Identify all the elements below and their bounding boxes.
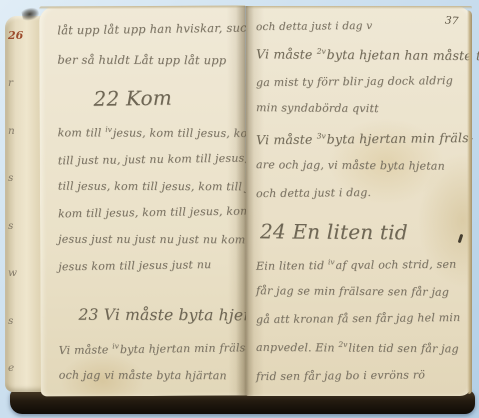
- superscript-mark: 3v: [317, 132, 326, 141]
- edge-letter: n: [8, 125, 24, 137]
- text-segment: får jag se min frälsare sen får jag: [256, 285, 449, 300]
- text-segment: Ein liten tid: [256, 259, 328, 273]
- edge-letter: 26: [8, 30, 24, 42]
- text-segment: och detta just i dag.: [256, 186, 371, 200]
- text-segment: Vi måste: [59, 343, 113, 357]
- text-segment: kom till: [58, 126, 106, 139]
- handwritten-line: min syndabörda qvitt: [256, 95, 468, 123]
- text-segment: jesus kom till jesus just nu: [58, 258, 211, 273]
- handwritten-line: Vi måste 3vbyta hjertan min fräls-: [256, 121, 468, 154]
- handwritten-line: 24 En liten tid: [256, 216, 468, 249]
- notebook-page-right: 37 och detta just i dag vVi måste 2vbyta…: [246, 6, 472, 396]
- handwritten-line: anpvedel. Ein 2vliten tid sen får jag: [256, 332, 468, 364]
- handwritten-line: 23 Vi måste byta hjertan: [58, 302, 244, 328]
- handwritten-line: jesus just nu just nu just nu kom till: [58, 226, 244, 253]
- text-segment: byta hjetan han måste ta-: [327, 47, 479, 63]
- notebook-photo: 26rnsswse låt upp låt upp han hviskar, s…: [0, 0, 479, 418]
- superscript-mark: 2v: [317, 47, 326, 56]
- handwritten-line: jesus kom till jesus just nu: [58, 252, 244, 281]
- handwritten-line: Vi måste ivbyta hjertan min frälsare: [58, 331, 244, 364]
- text-segment: frid sen får jag bo i evröns rö: [256, 368, 425, 383]
- handwritten-line: till jesus, kom till jesus, kom till jes…: [58, 173, 244, 200]
- text-segment: liten tid sen får jag: [348, 342, 458, 356]
- underpage-partial-text: 26rnsswse: [8, 30, 24, 374]
- edge-letter: s: [8, 220, 24, 232]
- left-page-text: låt upp låt upp han hviskar, suckar ochb…: [57, 14, 245, 390]
- text-segment: ga mist ty förr blir jag dock aldrig: [256, 74, 453, 89]
- edge-letter: w: [8, 267, 24, 279]
- text-segment: jesus just nu just nu just nu kom till: [58, 232, 265, 246]
- text-segment: och detta just i dag v: [256, 20, 372, 33]
- superscript-mark: iv: [112, 341, 119, 350]
- handwritten-line: Ein liten tid ivaf qval och strid, sen: [256, 248, 468, 280]
- handwritten-line: och detta just i dag.: [256, 179, 468, 208]
- text-segment: och jag vi måste byta hjärtan: [59, 368, 227, 382]
- edge-letter: e: [8, 362, 24, 374]
- text-segment: jesus, kom till jesus, kom: [113, 126, 258, 140]
- handwritten-line: får jag se min frälsare sen får jag: [256, 279, 468, 307]
- edge-letter: s: [8, 315, 24, 327]
- handwritten-line: 22 Kom: [57, 82, 243, 116]
- handwritten-line: frid sen får jag bo i evröns rö: [256, 362, 468, 391]
- handwritten-line: och jag vi måste byta hjärtan: [59, 362, 245, 389]
- text-segment: min syndabörda qvitt: [256, 101, 379, 115]
- text-segment: byta hjertan min frälsare: [120, 341, 265, 356]
- text-segment: 22 Kom: [93, 86, 172, 111]
- handwritten-line: Vi måste 2vbyta hjetan han måste ta-: [256, 37, 468, 70]
- notebook-page-left: låt upp låt upp han hviskar, suckar ochb…: [39, 6, 247, 397]
- edge-letter: r: [8, 77, 24, 89]
- handwritten-line: are och jag, vi måste byta hjetan: [256, 152, 468, 180]
- text-segment: af qval och strid, sen: [336, 258, 457, 272]
- handwritten-line: till just nu, just nu kom till jesus, ko…: [58, 146, 244, 175]
- superscript-mark: 2v: [338, 340, 347, 349]
- handwritten-line: kom till ivjesus, kom till jesus, kom: [58, 117, 244, 148]
- superscript-mark: iv: [328, 258, 335, 267]
- superscript-mark: iv: [105, 125, 112, 134]
- text-segment: till just nu, just nu kom till jesus, ko…: [58, 151, 276, 167]
- text-segment: anpvedel. Ein: [256, 341, 339, 355]
- handwritten-line: kom till jesus, kom till jesus, kom till: [58, 199, 244, 228]
- edge-letter: s: [8, 172, 24, 184]
- text-segment: kom till jesus, kom till jesus, kom till: [58, 204, 270, 220]
- text-segment: gå att kronan få sen får jag hel min: [256, 311, 460, 326]
- text-segment: Vi måste: [256, 132, 317, 148]
- right-page-text: och detta just i dag vVi måste 2vbyta hj…: [256, 14, 468, 389]
- handwritten-line: låt upp låt upp han hviskar, suckar och: [57, 13, 243, 47]
- text-segment: 24 En liten tid: [260, 220, 408, 245]
- handwritten-line: gå att kronan få sen får jag hel min: [256, 305, 468, 334]
- handwritten-line: ga mist ty förr blir jag dock aldrig: [256, 68, 468, 97]
- text-segment: are och jag, vi måste byta hjetan: [256, 158, 445, 172]
- handwritten-line: och detta just i dag v: [256, 13, 468, 39]
- text-segment: ber så huldt Låt upp låt upp: [57, 53, 226, 68]
- handwritten-line: ber så huldt Låt upp låt upp: [57, 45, 243, 77]
- text-segment: Vi måste: [256, 46, 317, 61]
- text-segment: byta hjertan min fräls-: [327, 130, 474, 147]
